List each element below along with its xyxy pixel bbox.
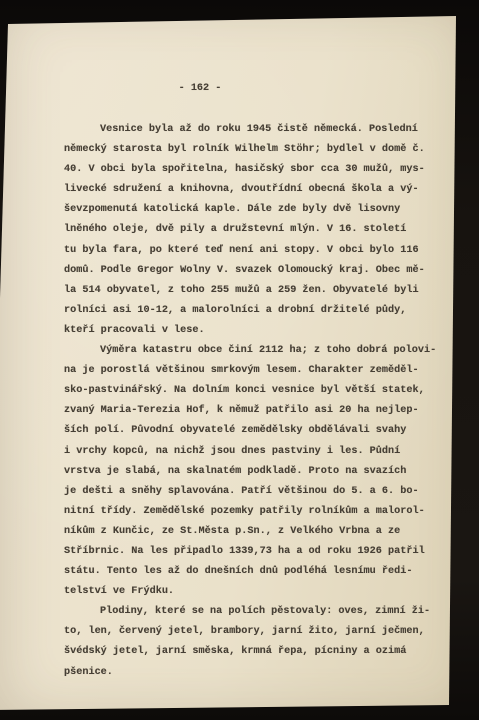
text-line: to, len, červený jetel, brambory, jarní … bbox=[64, 622, 438, 642]
text-line: lněného oleje, dvě pily a družstevní mlý… bbox=[64, 220, 438, 240]
text-line: sko-pastvinářský. Na dolním konci vesnic… bbox=[64, 381, 438, 401]
text-line: státu. Tento les až do dnešních dnů podl… bbox=[64, 562, 438, 582]
text-line: švédský jetel, jarní směska, krmná řepa,… bbox=[64, 642, 438, 662]
text-line: Plodiny, které se na polích pěstovaly: o… bbox=[64, 602, 438, 622]
text-line: Stříbrnic. Na les připadlo 1339,73 ha a … bbox=[64, 542, 438, 562]
scanned-photo-background: - 162 - Vesnice byla až do roku 1945 čis… bbox=[0, 0, 479, 720]
text-line: kteří pracovali v lese. bbox=[64, 321, 438, 341]
text-line: zvaný Maria-Terezia Hof, k němuž patřilo… bbox=[64, 401, 438, 421]
text-line: na je porostlá většinou smrkovým lesem. … bbox=[64, 361, 438, 381]
text-line: i vrchy kopců, na nichž jsou dnes pastvi… bbox=[64, 442, 438, 462]
text-line: ševzpomenutá katolická kaple. Dále zde b… bbox=[64, 200, 438, 220]
text-body: Vesnice byla až do roku 1945 čistě němec… bbox=[64, 120, 438, 683]
text-line: tu byla fara, po které teď není ani stop… bbox=[64, 241, 438, 261]
document-page: - 162 - Vesnice byla až do roku 1945 čis… bbox=[0, 0, 479, 720]
text-line: livecké sdružení a knihovna, dvoutřídní … bbox=[64, 180, 438, 200]
text-line: Výměra katastru obce činí 2112 ha; z toh… bbox=[64, 341, 438, 361]
paragraph: Vesnice byla až do roku 1945 čistě němec… bbox=[64, 120, 438, 341]
text-line: la 514 obyvatel, z toho 255 mužů a 259 ž… bbox=[64, 281, 438, 301]
paragraph: Plodiny, které se na polích pěstovaly: o… bbox=[64, 602, 438, 682]
text-line: Vesnice byla až do roku 1945 čistě němec… bbox=[64, 120, 438, 140]
text-line: telství ve Frýdku. bbox=[64, 582, 438, 602]
text-line: ších polí. Původní obyvatelé zemědělsky … bbox=[64, 421, 438, 441]
page-number: - 162 - bbox=[64, 81, 336, 97]
text-line: rolníci asi 10-12, a malorolníci a drobn… bbox=[64, 301, 438, 321]
paragraph: Výměra katastru obce činí 2112 ha; z toh… bbox=[64, 341, 438, 602]
text-line: je dešti a sněhy splavována. Patří větši… bbox=[64, 482, 438, 502]
text-line: pšenice. bbox=[64, 663, 438, 683]
text-line: domů. Podle Gregor Wolny V. svazek Olomo… bbox=[64, 261, 438, 281]
text-line: vrstva je slabá, na skalnatém podkladě. … bbox=[64, 462, 438, 482]
text-line: nitní třídy. Zemědělské pozemky patřily … bbox=[64, 502, 438, 522]
text-line: německý starosta byl rolník Wilhelm Stöh… bbox=[64, 140, 438, 160]
text-line: 40. V obci byla spořitelna, hasičský sbo… bbox=[64, 160, 438, 180]
text-line: níkům z Kunčic, ze St.Města p.Sn., z Vel… bbox=[64, 522, 438, 542]
